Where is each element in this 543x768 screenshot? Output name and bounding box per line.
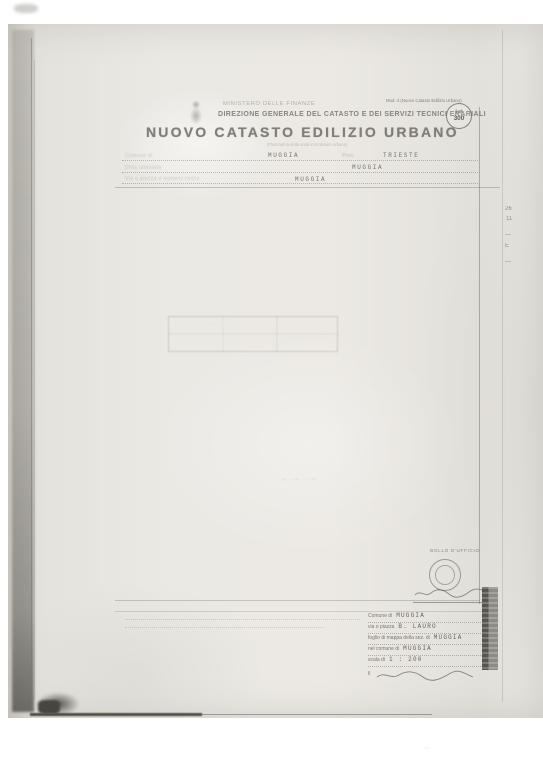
- detail-row-data-firma: lì: [368, 669, 497, 679]
- detail-row-scala: scala di1 : 200: [368, 656, 497, 667]
- detail-label-data: lì: [368, 671, 371, 677]
- page-edge-line: [502, 30, 503, 702]
- faint-table-marks: · ·· · · ·· · ·: [175, 321, 224, 326]
- document-title: NUOVO CATASTO EDILIZIO URBANO: [146, 124, 456, 140]
- right-frame-rule: [479, 107, 480, 604]
- detail-value-comune: MUGGIA: [396, 612, 425, 619]
- scanned-document-page: { "colors": { "paper": "#e9e7e2", "ink_f…: [0, 0, 543, 768]
- edge-stamp-strip: [482, 587, 498, 670]
- detail-row-comune-2: nel comune diMUGGIA: [368, 645, 497, 656]
- scan-blotch-dark: [38, 700, 60, 714]
- footer-top-rule: [115, 600, 480, 601]
- form-line-2-value: MUGGIA: [352, 164, 383, 171]
- form-line-2-label: Ditta intestata: [125, 165, 162, 171]
- price-stamp-badge: Lst 300: [446, 103, 472, 129]
- pencil-annotation: – ·– ··–: [282, 477, 317, 484]
- detail-row-comune: Comune diMUGGIA: [368, 612, 497, 623]
- form-line-1-province: TRIESTE: [383, 152, 419, 159]
- margin-mark-4: E: [505, 243, 509, 249]
- form-line-3-label: Via o piazza e numero civico: [125, 176, 200, 182]
- scan-smudge-top-left: [14, 4, 38, 13]
- coat-of-arms-emblem: [187, 99, 205, 127]
- form-line-1-label: Comune di: [125, 153, 153, 159]
- detail-value-foglio: MUGGIA: [434, 634, 463, 641]
- directorate-heading: DIREZIONE GENERALE DEL CATASTO E DEI SER…: [218, 111, 468, 118]
- below-page-mark: ~·: [424, 744, 431, 753]
- detail-label-foglio: foglio di mappa della sez. di: [368, 635, 430, 641]
- margin-mark-3: —: [505, 232, 511, 238]
- detail-value-comune-2: MUGGIA: [403, 645, 432, 652]
- detail-label-via: via o piazza: [368, 624, 394, 630]
- header-bottom-rule: [115, 187, 500, 188]
- faint-stamp-table: · ·· · · ·· · ·: [168, 316, 338, 352]
- detail-value-scala: 1 : 200: [389, 656, 423, 663]
- form-line-3-value: MUGGIA: [295, 176, 326, 183]
- crease-line-light: [34, 60, 35, 700]
- detail-label-comune: Comune di: [368, 613, 392, 619]
- signature-scribble: [413, 586, 493, 600]
- footnote-rule-1: [125, 618, 360, 620]
- page-bottom-edge-dark: [30, 713, 202, 716]
- date-signature-scribble: [375, 669, 475, 681]
- margin-mark-2: 11: [506, 216, 512, 222]
- form-line-1-rule: [122, 159, 478, 161]
- badge-amount: 300: [454, 115, 465, 122]
- page-bottom-edge-faint: [200, 714, 432, 715]
- model-number-note: Mod. 4 (Nuovo Catasto Edilizio Urbano): [386, 98, 462, 103]
- form-line-1-prov-label: Prov.: [342, 153, 355, 159]
- detail-value-via: B. LAURO: [398, 623, 436, 630]
- detail-label-scala: scala di: [368, 657, 385, 663]
- document-subtitle: (Planimetria della unità immobiliare urb…: [232, 142, 382, 147]
- form-line-1-value: MUGGIA: [268, 152, 299, 159]
- round-stamp-inner-ring: [435, 565, 455, 585]
- detail-label-comune-2: nel comune di: [368, 646, 399, 652]
- office-stamp-label: BOLLO D'UFFICIO: [413, 548, 497, 553]
- form-line-2-rule: [122, 171, 478, 173]
- margin-mark-1: 26: [505, 206, 512, 212]
- margin-mark-5: —: [505, 259, 511, 265]
- ministry-heading: MINISTERO DELLE FINANZE: [223, 101, 315, 107]
- footnote-rule-2: [125, 626, 325, 628]
- crease-line: [31, 38, 32, 710]
- detail-row-foglio: foglio di mappa della sez. diMUGGIA: [368, 634, 497, 645]
- detail-row-via: via o piazzaB. LAURO: [368, 623, 497, 634]
